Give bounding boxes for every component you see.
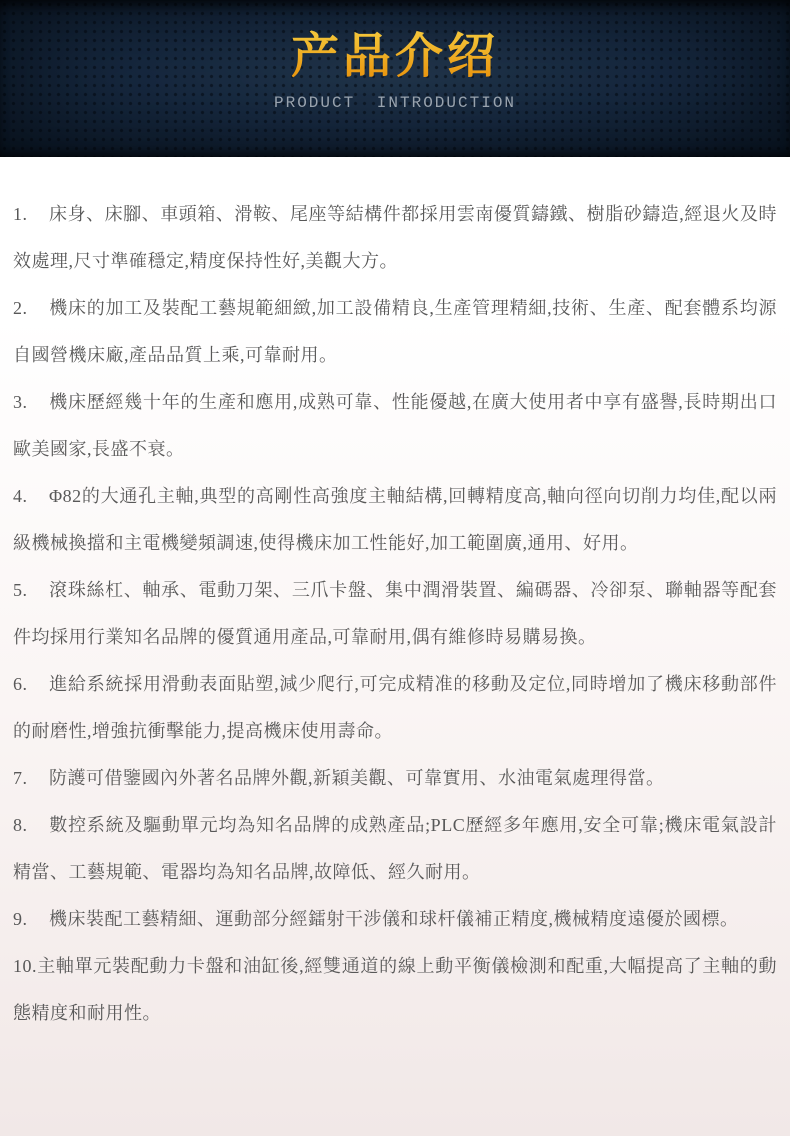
list-item-number: 5. xyxy=(13,567,49,614)
list-item-text: 滾珠絲杠、軸承、電動刀架、三爪卡盤、集中潤滑裝置、編碼器、冷卻泵、聯軸器等配套件… xyxy=(13,580,777,647)
list-item-number: 2. xyxy=(13,285,49,332)
list-item: 6.進給系統採用滑動表面貼塑,減少爬行,可完成精准的移動及定位,同時增加了機床移… xyxy=(13,661,777,755)
list-item-number: 4. xyxy=(13,473,49,520)
product-introduction-page: 产品介绍 PRODUCT INTRODUCTION 1.床身、床腳、車頭箱、滑鞍… xyxy=(0,0,790,1136)
list-item-number: 1. xyxy=(13,191,49,238)
list-item: 2.機床的加工及裝配工藝規範細緻,加工設備精良,生產管理精細,技術、生產、配套體… xyxy=(13,285,777,379)
page-subtitle: PRODUCT INTRODUCTION xyxy=(0,94,790,112)
list-item: 3.機床歷經幾十年的生產和應用,成熟可靠、性能優越,在廣大使用者中享有盛譽,長時… xyxy=(13,379,777,473)
list-item-text: Φ82的大通孔主軸,典型的高剛性高強度主軸結構,回轉精度高,軸向徑向切削力均佳,… xyxy=(13,486,777,553)
list-item-text: 進給系統採用滑動表面貼塑,減少爬行,可完成精准的移動及定位,同時增加了機床移動部… xyxy=(13,674,777,741)
list-item-text: 機床裝配工藝精細、運動部分經鐳射干涉儀和球杆儀補正精度,機械精度遠優於國標。 xyxy=(49,909,739,929)
banner: 产品介绍 PRODUCT INTRODUCTION xyxy=(0,0,790,157)
list-item-text: 機床的加工及裝配工藝規範細緻,加工設備精良,生產管理精細,技術、生產、配套體系均… xyxy=(13,298,777,365)
list-item: 5.滾珠絲杠、軸承、電動刀架、三爪卡盤、集中潤滑裝置、編碼器、冷卻泵、聯軸器等配… xyxy=(13,567,777,661)
list-item-text: 數控系統及驅動單元均為知名品牌的成熟產品;PLC歷經多年應用,安全可靠;機床電氣… xyxy=(13,815,777,882)
list-item-number: 3. xyxy=(13,379,49,426)
list-item: 9.機床裝配工藝精細、運動部分經鐳射干涉儀和球杆儀補正精度,機械精度遠優於國標。 xyxy=(13,896,777,943)
list-item-text: 防護可借鑒國內外著名品牌外觀,新穎美觀、可靠實用、水油電氣處理得當。 xyxy=(49,768,665,788)
list-item: 1.床身、床腳、車頭箱、滑鞍、尾座等結構件都採用雲南優質鑄鐵、樹脂砂鑄造,經退火… xyxy=(13,191,777,285)
intro-list: 1.床身、床腳、車頭箱、滑鞍、尾座等結構件都採用雲南優質鑄鐵、樹脂砂鑄造,經退火… xyxy=(0,157,790,1037)
list-item: 8.數控系統及驅動單元均為知名品牌的成熟產品;PLC歷經多年應用,安全可靠;機床… xyxy=(13,802,777,896)
list-item-text: 機床歷經幾十年的生產和應用,成熟可靠、性能優越,在廣大使用者中享有盛譽,長時期出… xyxy=(13,392,777,459)
list-item: 10.主軸單元裝配動力卡盤和油缸後,經雙通道的線上動平衡儀檢測和配重,大幅提高了… xyxy=(13,943,777,1037)
list-item-number: 9. xyxy=(13,896,49,943)
list-item-text: 床身、床腳、車頭箱、滑鞍、尾座等結構件都採用雲南優質鑄鐵、樹脂砂鑄造,經退火及時… xyxy=(13,204,777,271)
list-item: 4.Φ82的大通孔主軸,典型的高剛性高強度主軸結構,回轉精度高,軸向徑向切削力均… xyxy=(13,473,777,567)
list-item: 7.防護可借鑒國內外著名品牌外觀,新穎美觀、可靠實用、水油電氣處理得當。 xyxy=(13,755,777,802)
page-title: 产品介绍 xyxy=(0,0,790,86)
list-item-text: 主軸單元裝配動力卡盤和油缸後,經雙通道的線上動平衡儀檢測和配重,大幅提高了主軸的… xyxy=(13,956,777,1023)
list-item-number: 7. xyxy=(13,755,49,802)
list-item-number: 6. xyxy=(13,661,49,708)
list-item-number: 10. xyxy=(13,943,37,990)
list-item-number: 8. xyxy=(13,802,49,849)
